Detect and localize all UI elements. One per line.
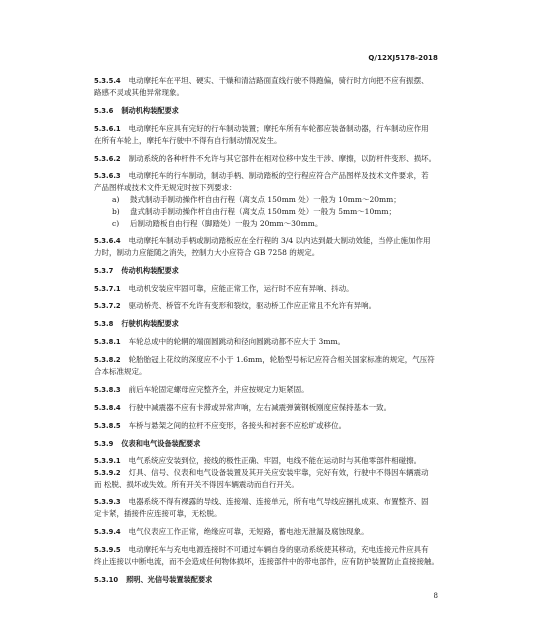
heading-number: 5.3.10 — [94, 576, 118, 584]
clause-5-3-9-2: 5.3.9.2灯具、信号、仪表和电气设备装置及其开关应安装牢靠，完好有效，行驶中… — [94, 468, 444, 478]
list-item-text: 鼓式制动手制动操作杆自由行程（离支点 150mm 处）一般为 10mm～20mm… — [130, 195, 401, 204]
clause-text: 制动系统的各种杆件不允许与其它部件在相对位移中发生干涉、摩擦，以防杆件变形、损坏… — [129, 154, 437, 163]
clause-5-3-6-3: 5.3.6.3电动摩托车的行车制动，制动手柄、制动踏板的空行程应符合产品图样及技… — [94, 171, 444, 181]
clause-text: 电气仪表应工作正常，绝缘应可靠，无短路，蓄电池无泄漏及腐蚀现象。 — [129, 527, 369, 536]
clause-text: 电动摩托车制动手柄或制动踏板应在全行程的 3/4 以内达到最大制动效能，当停止施… — [129, 236, 431, 245]
clause-text: 电动摩托车与充电电源连接时不可通过车辆自身的驱动系统使其移动，充电连接元件应具有 — [129, 545, 429, 554]
clause-number: 5.3.6.2 — [94, 155, 121, 163]
clause-number: 5.3.7.1 — [94, 285, 121, 293]
clause-5-3-8-5: 5.3.8.5车桥与悬架之间的拉杆不应变形，各接头和衬套不应松旷或移位。 — [94, 421, 444, 431]
clause-text: 电动摩托车的行车制动，制动手柄、制动踏板的空行程应符合产品图样及技术文件要求，若 — [129, 171, 429, 180]
page-number: 8 — [434, 592, 438, 600]
list-item-c: c)后制动踏板自由行程（脚踏处）一般为 20mm～30mm。 — [112, 219, 462, 229]
clause-5-3-8-2: 5.3.8.2轮胎胎冠上花纹的深度应不小于 1.6mm，轮胎型号标记应符合相关国… — [94, 355, 444, 365]
clause-text: 电动摩托车在平坦、硬实、干燥和清洁路面直线行驶不得跑偏，骑行时方向把不应有振摆、 — [129, 76, 429, 85]
heading-number: 5.3.8 — [94, 320, 113, 328]
clause-number: 5.3.6.3 — [94, 172, 121, 180]
clause-number: 5.3.6.4 — [94, 237, 121, 245]
clause-5-3-8-3: 5.3.8.3前后车轮固定螺母应完整齐全，并应按规定力矩紧固。 — [94, 385, 444, 395]
clause-number: 5.3.9.1 — [94, 457, 121, 465]
clause-5-3-9-3: 5.3.9.3电器系统不得有裸露的导线、连接端、连接单元，所有电气导线应捆扎成束… — [94, 497, 444, 507]
heading-number: 5.3.9 — [94, 440, 113, 448]
clause-number: 5.3.8.5 — [94, 422, 121, 430]
clause-number: 5.3.8.3 — [94, 386, 121, 394]
list-item-label: a) — [112, 195, 130, 205]
clause-text-cont: 力时，制动力应能随之消失，控制力大小应符合 GB 7258 的规定。 — [94, 248, 444, 258]
heading-text: 传动机构装配要求 — [121, 266, 179, 275]
clause-text: 电器系统不得有裸露的导线、连接端、连接单元，所有电气导线应捆扎成束、布置整齐、固 — [129, 497, 429, 506]
clause-5-3-9-4: 5.3.9.4电气仪表应工作正常，绝缘应可靠，无短路，蓄电池无泄漏及腐蚀现象。 — [94, 527, 444, 537]
clause-number: 5.3.8.2 — [94, 356, 121, 364]
clause-5-3-7-2: 5.3.7.2驱动桥壳、桥管不允许有变形和裂纹，驱动桥工作应正常且不允许有异响。 — [94, 301, 444, 311]
clause-text: 车桥与悬架之间的拉杆不应变形，各接头和衬套不应松旷或移位。 — [129, 421, 347, 430]
heading-text: 仪表和电气设备装配要求 — [121, 439, 200, 448]
clause-text: 驱动桥壳、桥管不允许有变形和裂纹，驱动桥工作应正常且不允许有异响。 — [129, 301, 377, 310]
clause-text: 电动摩托车应具有完好的行车制动装置；摩托车所有车轮都应装备制动器，行车制动应作用 — [129, 124, 429, 133]
clause-5-3-6-1: 5.3.6.1电动摩托车应具有完好的行车制动装置；摩托车所有车轮都应装备制动器，… — [94, 124, 444, 134]
clause-5-3-6-4: 5.3.6.4电动摩托车制动手柄或制动踏板应在全行程的 3/4 以内达到最大制动… — [94, 236, 444, 246]
clause-5-3-6-2: 5.3.6.2制动系统的各种杆件不允许与其它部件在相对位移中发生干涉、摩擦，以防… — [94, 154, 444, 164]
heading-text: 照明、光信号装置装配要求 — [126, 575, 212, 584]
clause-text: 车轮总成中的轮辋的端面圆跳动和径向圆跳动都不应大于 3mm。 — [129, 337, 345, 346]
clause-text: 轮胎胎冠上花纹的深度应不小于 1.6mm，轮胎型号标记应符合相关国家标准的规定，… — [129, 355, 435, 364]
section-heading-5-3-10: 5.3.10照明、光信号装置装配要求 — [94, 575, 444, 585]
clause-5-3-8-4: 5.3.8.4行驶中减震器不应有卡滞或异常声响，左右减震弹簧钢板刚度应保持基本一… — [94, 403, 444, 413]
list-item-b: b)盘式制动手制动操作杆自由行程（离支点 150mm 处）一般为 5mm～10m… — [112, 207, 462, 217]
standard-code: Q/12XJ5178-2018 — [368, 54, 438, 62]
document-page: Q/12XJ5178-2018 5.3.5.4电动摩托车在平坦、硬实、干燥和清洁… — [0, 0, 540, 640]
list-item-label: c) — [112, 219, 130, 229]
clause-number: 5.3.9.3 — [94, 498, 121, 506]
clause-5-3-9-1: 5.3.9.1电气系统应安装到位，接线的极性正确、牢固，电线不能在运动时与其他零… — [94, 456, 444, 466]
heading-number: 5.3.7 — [94, 267, 113, 275]
clause-5-3-7-1: 5.3.7.1电动机安装应牢固可靠，应能正常工作，运行时不应有异响、抖动。 — [94, 284, 444, 294]
clause-text-cont: 在所有车轮上，摩托车行驶中不得有自行制动情况发生。 — [94, 136, 444, 146]
heading-number: 5.3.6 — [94, 107, 113, 115]
clause-number: 5.3.8.4 — [94, 404, 121, 412]
clause-text: 前后车轮固定螺母应完整齐全，并应按规定力矩紧固。 — [129, 385, 309, 394]
section-heading-5-3-9: 5.3.9仪表和电气设备装配要求 — [94, 439, 444, 449]
section-heading-5-3-7: 5.3.7传动机构装配要求 — [94, 266, 444, 276]
section-heading-5-3-6: 5.3.6制动机构装配要求 — [94, 106, 444, 116]
list-item-label: b) — [112, 207, 130, 217]
clause-number: 5.3.8.1 — [94, 338, 121, 346]
clause-text: 灯具、信号、仪表和电气设备装置及其开关应安装牢靠，完好有效，行驶中不得因车辆震动 — [129, 468, 429, 477]
clause-number: 5.3.9.5 — [94, 546, 121, 554]
clause-5-3-8-1: 5.3.8.1车轮总成中的轮辋的端面圆跳动和径向圆跳动都不应大于 3mm。 — [94, 337, 444, 347]
clause-5-3-5-4: 5.3.5.4电动摩托车在平坦、硬实、干燥和清洁路面直线行驶不得跑偏，骑行时方向… — [94, 76, 444, 86]
clause-text-cont: 而 松脱、损坏或失效。所有开关不得因车辆震动而自行开关。 — [94, 480, 444, 490]
clause-number: 5.3.9.2 — [94, 469, 121, 477]
list-item-text: 盘式制动手制动操作杆自由行程（离支点 150mm 处）一般为 5mm～10mm； — [130, 207, 396, 216]
list-item-text: 后制动踏板自由行程（脚踏处）一般为 20mm～30mm。 — [130, 219, 322, 228]
clause-text: 电动机安装应牢固可靠，应能正常工作，运行时不应有异响、抖动。 — [129, 284, 354, 293]
clause-number: 5.3.9.4 — [94, 528, 121, 536]
clause-number: 5.3.7.2 — [94, 302, 121, 310]
clause-number: 5.3.6.1 — [94, 125, 121, 133]
heading-text: 行驶机构装配要求 — [121, 319, 179, 328]
clause-text-cont: 定卡紧，插接件应连接可靠，无松脱。 — [94, 509, 444, 519]
clause-text: 行驶中减震器不应有卡滞或异常声响，左右减震弹簧钢板刚度应保持基本一致。 — [129, 403, 392, 412]
clause-text-cont: 路感不灵或其他异常现象。 — [94, 88, 444, 98]
clause-text: 电气系统应安装到位，接线的极性正确、牢固，电线不能在运动时与其他零部件相碰擦。 — [129, 456, 422, 465]
clause-number: 5.3.5.4 — [94, 77, 121, 85]
clause-text-cont: 产品图样或技术文件无规定时按下列要求： — [94, 183, 444, 193]
clause-5-3-9-5: 5.3.9.5电动摩托车与充电电源连接时不可通过车辆自身的驱动系统使其移动，充电… — [94, 545, 444, 555]
list-item-a: a)鼓式制动手制动操作杆自由行程（离支点 150mm 处）一般为 10mm～20… — [112, 195, 462, 205]
clause-text-cont: 合本标准规定。 — [94, 367, 444, 377]
section-heading-5-3-8: 5.3.8行驶机构装配要求 — [94, 319, 444, 329]
clause-text-cont: 终止连接以中断电流，而不会造成任何物体损坏，连接部件中的带电部件，应有防护装置防… — [94, 557, 444, 567]
heading-text: 制动机构装配要求 — [121, 106, 179, 115]
